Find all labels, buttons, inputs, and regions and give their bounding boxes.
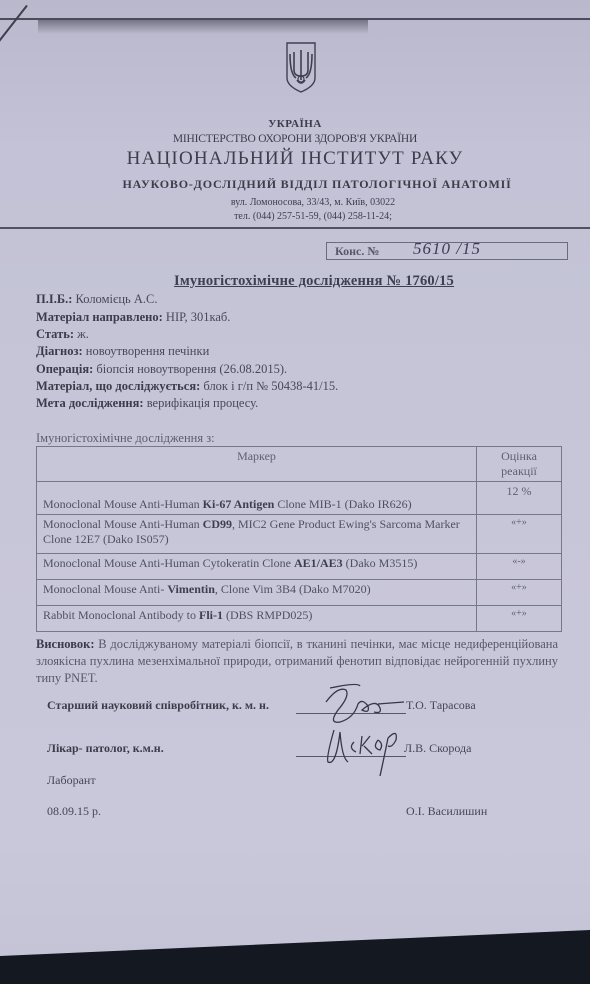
result-cell: 12 % [477,482,562,515]
marker-cell: Monoclonal Mouse Anti-Human Ki-67 Antige… [37,482,477,515]
field-value: Коломієць А.С. [72,292,157,306]
signature-role-pathologist: Лікар- патолог, к.м.н. [47,741,164,756]
department-heading: НАУКОВО-ДОСЛІДНИЙ ВІДДІЛ ПАТОЛОГІЧНОЇ АН… [22,177,590,192]
field-sex: Стать: ж. [36,327,89,342]
document-page: УКРАЇНА МІНІСТЕРСТВО ОХОРОНИ ЗДОРОВ'Я УК… [0,0,590,984]
marker-cell: Rabbit Monoclonal Antibody to Fli-1 (DBS… [37,606,477,632]
scan-shadow [38,20,368,34]
consultation-label: Конс. № [335,244,379,259]
table-row: Monoclonal Mouse Anti-Human Ki-67 Antige… [37,482,562,515]
signature-role-senior-researcher: Старший науковий співробітник, к. м. н. [47,698,269,713]
marker-cell: Monoclonal Mouse Anti- Vimentin, Clone V… [37,580,477,606]
field-label: Мета дослідження: [36,396,144,410]
field-label: Матеріал, що досліджується: [36,379,200,393]
field-label: Матеріал направлено: [36,310,163,324]
field-value: ж. [74,327,89,341]
field-purpose: Мета дослідження: верифікація процесу. [36,396,258,411]
field-label: Діагноз: [36,344,83,358]
consultation-number: 5610 /15 [413,239,481,259]
field-diagnosis: Діагноз: новоутворення печінки [36,344,209,359]
ihc-intro: Імуногістохімічне дослідження з: [36,431,215,446]
table-row: Monoclonal Mouse Anti-Human Cytokeratin … [37,554,562,580]
conclusion: Висновок: В досліджуваному матеріалі біо… [36,636,558,687]
field-value: верифікація процесу. [144,396,259,410]
signature-role-lab-assistant: Лаборант [47,773,96,788]
field-patient-name: П.І.Б.: Коломієць А.С. [36,292,157,307]
result-cell: «-» [477,554,562,580]
lab-assistant-name: О.І. Василишин [406,804,487,819]
conclusion-label: Висновок: [36,637,95,651]
field-value: блок і г/п № 50438-41/15. [200,379,338,393]
signature-skoroda [318,718,408,778]
result-cell: «+» [477,606,562,632]
result-cell: «+» [477,580,562,606]
conclusion-text: В досліджуваному матеріалі біопсії, в тк… [36,637,558,685]
ihc-markers-table: Маркер Оцінка реакції Monoclonal Mouse A… [36,446,562,632]
signer-name-skoroda: Л.В. Скорода [404,741,471,756]
field-referred-from: Матеріал направлено: НІР, 301каб. [36,310,230,325]
column-header-marker: Маркер [37,447,477,482]
field-label: П.І.Б.: [36,292,72,306]
trident-emblem-icon [284,40,318,94]
header-divider [0,227,590,229]
consultation-number-box: Конс. № 5610 /15 [326,242,568,260]
report-title: Імуногістохімічне дослідження № 1760/15 [174,273,454,290]
signer-name-tarasova: Т.О. Тарасова [406,698,476,713]
report-date: 08.09.15 р. [47,804,101,819]
phone-line: тел. (044) 257-51-59, (044) 258-11-24; [18,211,590,222]
field-material: Матеріал, що досліджується: блок і г/п №… [36,379,338,394]
country-heading: УКРАЇНА [0,118,590,130]
marker-cell: Monoclonal Mouse Anti-Human CD99, MIC2 G… [37,515,477,554]
result-cell: «+» [477,515,562,554]
field-label: Операція: [36,362,93,376]
table-header-row: Маркер Оцінка реакції [37,447,562,482]
corner-mark [0,5,27,45]
marker-cell: Monoclonal Mouse Anti-Human Cytokeratin … [37,554,477,580]
field-value: новоутворення печінки [83,344,210,358]
table-row: Rabbit Monoclonal Antibody to Fli-1 (DBS… [37,606,562,632]
field-operation: Операція: біопсія новоутворення (26.08.2… [36,362,287,377]
field-label: Стать: [36,327,74,341]
table-row: Monoclonal Mouse Anti-Human CD99, MIC2 G… [37,515,562,554]
institute-heading: НАЦІОНАЛЬНИЙ ІНСТИТУТ РАКУ [0,148,590,170]
column-header-result: Оцінка реакції [477,447,562,482]
address-line: вул. Ломоносова, 33/43, м. Київ, 03022 [18,197,590,208]
field-value: НІР, 301каб. [163,310,231,324]
field-value: біопсія новоутворення (26.08.2015). [93,362,287,376]
ministry-heading: МІНІСТЕРСТВО ОХОРОНИ ЗДОРОВ'Я УКРАЇНИ [0,133,590,145]
table-row: Monoclonal Mouse Anti- Vimentin, Clone V… [37,580,562,606]
